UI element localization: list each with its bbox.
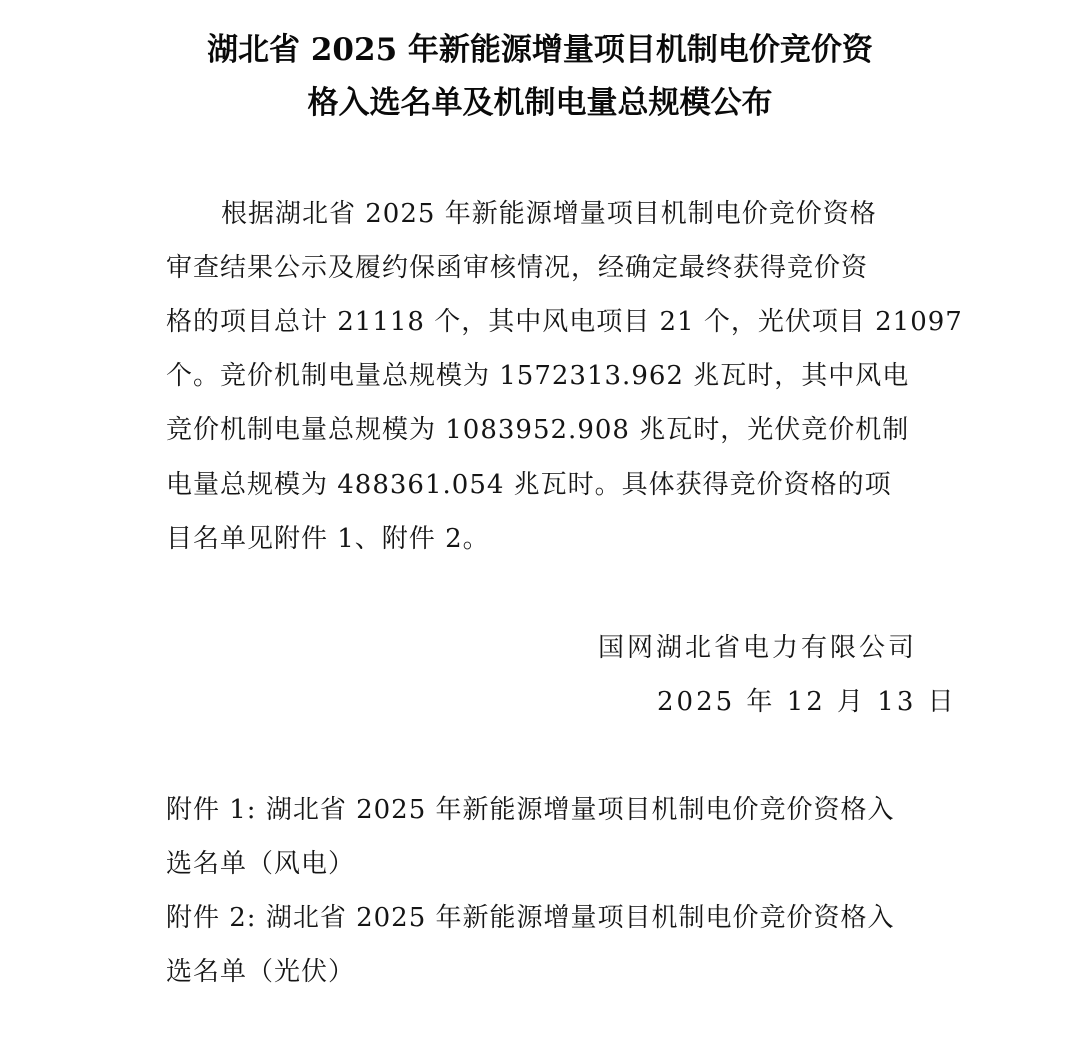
attachment-1-line-2[interactable]: 选名单（风电）: [166, 844, 926, 884]
document-title-line-2: 格入选名单及机制电量总规模公布: [150, 75, 930, 131]
attachment-2-line-1[interactable]: 附件 2: 湖北省 2025 年新能源增量项目机制电价竞价资格入: [166, 898, 926, 938]
issuing-organization: 国网湖北省电力有限公司: [598, 628, 917, 668]
body-line-7: 目名单见附件 1、附件 2。: [166, 519, 926, 559]
body-line-1: 根据湖北省 2025 年新能源增量项目机制电价竞价资格: [221, 194, 981, 234]
body-line-6: 电量总规模为 488361.054 兆瓦时。具体获得竞价资格的项: [166, 465, 926, 505]
body-line-4: 个。竞价机制电量总规模为 1572313.962 兆瓦时，其中风电: [166, 356, 926, 396]
issue-date: 2025 年 12 月 13 日: [657, 682, 957, 722]
document-title-line-1: 湖北省 2025 年新能源增量项目机制电价竞价资: [150, 22, 930, 78]
body-line-3: 格的项目总计 21118 个，其中风电项目 21 个，光伏项目 21097: [166, 302, 926, 342]
body-line-2: 审查结果公示及履约保函审核情况，经确定最终获得竞价资: [166, 248, 926, 288]
body-line-5: 竞价机制电量总规模为 1083952.908 兆瓦时，光伏竞价机制: [166, 410, 926, 450]
attachment-1-line-1[interactable]: 附件 1: 湖北省 2025 年新能源增量项目机制电价竞价资格入: [166, 790, 926, 830]
notice-document: 湖北省 2025 年新能源增量项目机制电价竞价资 格入选名单及机制电量总规模公布…: [0, 0, 1080, 1061]
attachment-2-line-2[interactable]: 选名单（光伏）: [166, 952, 926, 992]
